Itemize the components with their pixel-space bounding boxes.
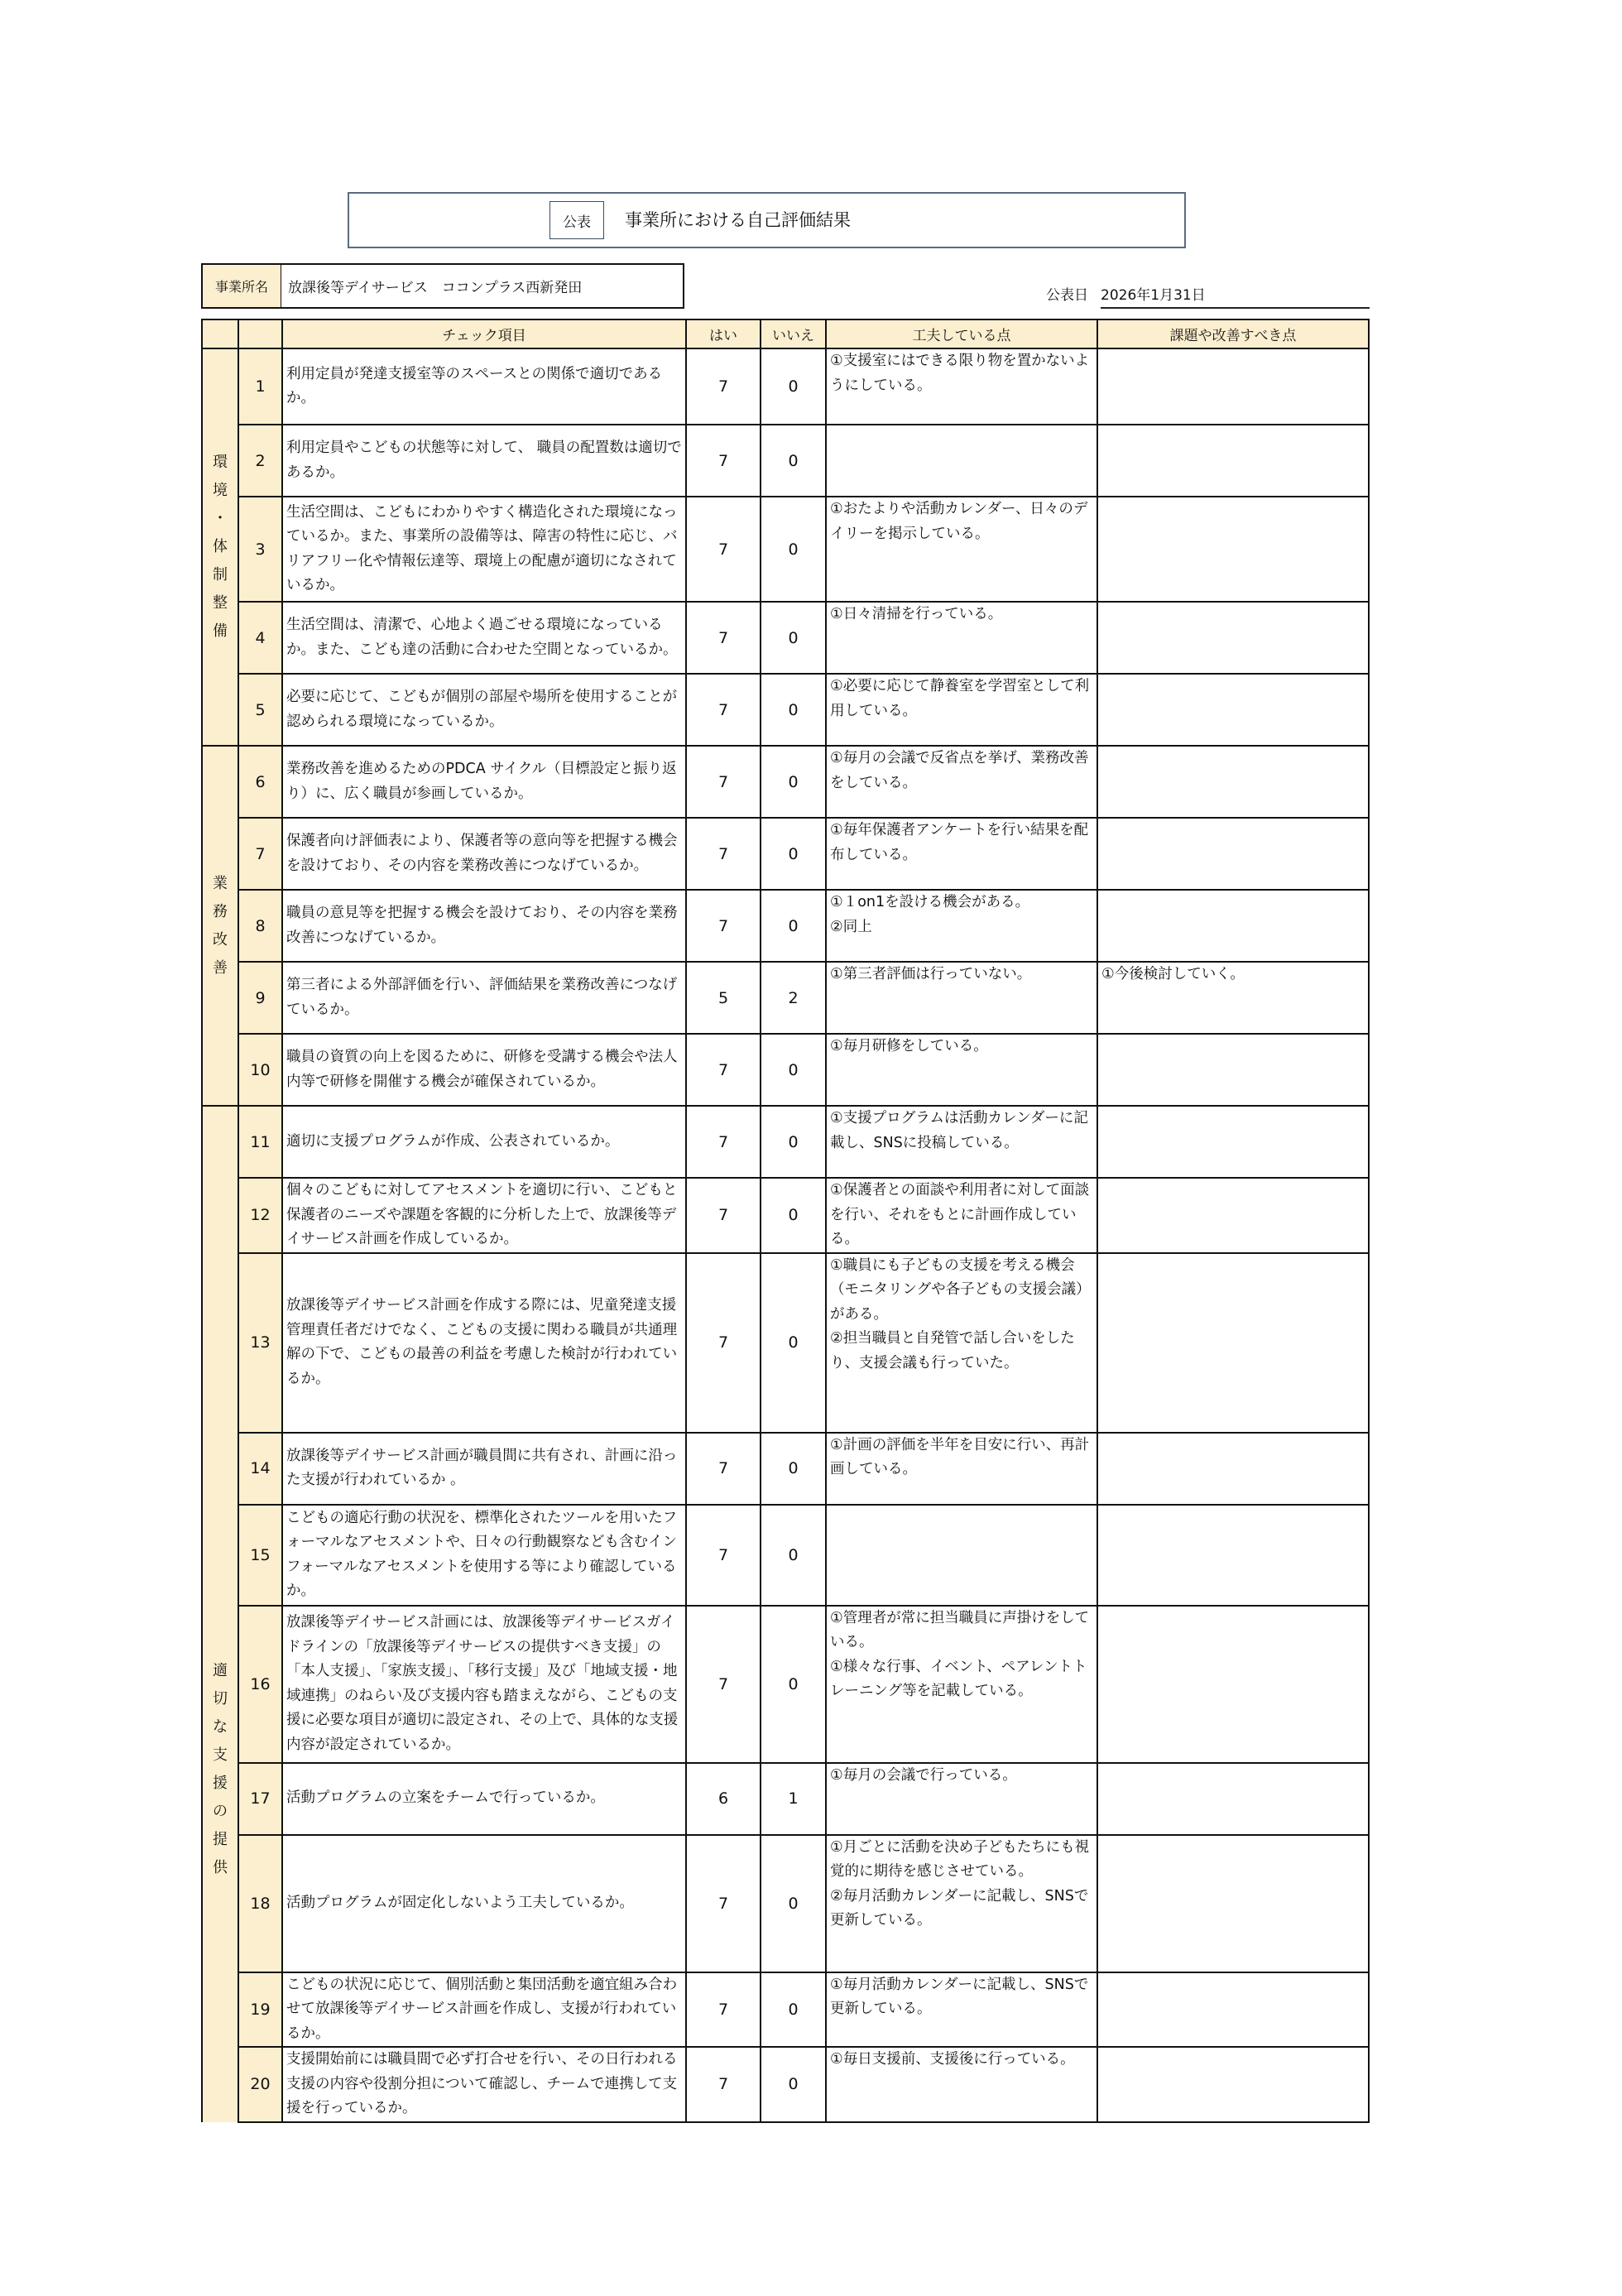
effort-note: ①毎月活動カレンダーに記載し、SNSで更新している。 [826,1972,1097,2048]
effort-note: ①毎日支援前、支援後に行っている。 [826,2047,1097,2122]
no-count: 0 [761,746,826,818]
check-item: 活動プログラムが固定化しないよう工夫しているか。 [282,1835,686,1972]
yes-count: 5 [686,962,761,1034]
row-number: 11 [238,1106,282,1178]
table-row: 環境・体制整備1利用定員が発達支援室等のスペースとの関係で適切であるか。70①支… [202,348,1369,425]
no-count: 0 [761,425,826,497]
check-item: 放課後等デイサービス計画を作成する際には、児童発達支援管理責任者だけでなく、こど… [282,1253,686,1433]
effort-note: ①保護者との面談や利用者に対して面談を行い、それをもとに計画作成している。 [826,1178,1097,1253]
check-item: 放課後等デイサービス計画には、放課後等デイサービスガイドラインの「放課後等デイサ… [282,1606,686,1763]
table-row: 20支援開始前には職員間で必ず打合せを行い、その日行われる支援の内容や役割分担に… [202,2047,1369,2122]
row-number: 9 [238,962,282,1034]
issue-note [1097,1106,1369,1178]
yes-count: 7 [686,1253,761,1433]
no-count: 0 [761,890,826,962]
issue-note [1097,1253,1369,1433]
col-header-yes: はい [686,319,761,348]
yes-count: 7 [686,674,761,746]
no-count: 0 [761,1505,826,1606]
no-count: 0 [761,1034,826,1106]
category-char: 整 [203,589,238,617]
effort-note: ①必要に応じて静養室を学習室として利用している。 [826,674,1097,746]
table-row: 8職員の意見等を把握する機会を設けており、その内容を業務改善につなげているか。7… [202,890,1369,962]
issue-note [1097,1972,1369,2048]
publish-date-underline [1101,307,1370,309]
row-number: 6 [238,746,282,818]
row-number: 17 [238,1763,282,1835]
col-header-issues: 課題や改善すべき点 [1097,319,1369,348]
col-header-efforts: 工夫している点 [826,319,1097,348]
effort-note: ①支援室にはできる限り物を置かないようにしている。 [826,348,1097,425]
no-count: 0 [761,1972,826,2048]
check-item: 利用定員が発達支援室等のスペースとの関係で適切であるか。 [282,348,686,425]
issue-note [1097,1034,1369,1106]
table-row: 業務改善6業務改善を進めるためのPDCA サイクル（目標設定と振り返り）に、広く… [202,746,1369,818]
yes-count: 7 [686,1835,761,1972]
table-row: 適切な支援の提供11適切に支援プログラムが作成、公表されているか。70①支援プロ… [202,1106,1369,1178]
col-header-check-item: チェック項目 [282,319,686,348]
category-cell: 業務改善 [202,746,238,1106]
col-header-no: いいえ [761,319,826,348]
table-row: 17活動プログラムの立案をチームで行っているか。61①毎月の会議で行っている。 [202,1763,1369,1835]
table-row: 5必要に応じて、こどもが個別の部屋や場所を使用することが認められる環境になってい… [202,674,1369,746]
no-count: 0 [761,1106,826,1178]
check-item: 生活空間は、こどもにわかりやすく構造化された環境になっているか。また、事業所の設… [282,497,686,602]
check-item: 職員の資質の向上を図るために、研修を受講する機会や法人内等で研修を開催する機会が… [282,1034,686,1106]
check-item: 支援開始前には職員間で必ず打合せを行い、その日行われる支援の内容や役割分担につい… [282,2047,686,2122]
table-row: 2利用定員やこどもの状態等に対して、 職員の配置数は適切であるか。70 [202,425,1369,497]
category-char: 援 [203,1770,238,1798]
effort-note [826,1505,1097,1606]
effort-note: ①１on1を設ける機会がある。 ②同上 [826,890,1097,962]
evaluation-table: チェック項目 はい いいえ 工夫している点 課題や改善すべき点 環境・体制整備1… [201,319,1370,2123]
category-char: 備 [203,617,238,646]
no-count: 0 [761,2047,826,2122]
row-number: 19 [238,1972,282,2048]
no-count: 1 [761,1763,826,1835]
no-count: 2 [761,962,826,1034]
issue-note [1097,746,1369,818]
table-header-row: チェック項目 はい いいえ 工夫している点 課題や改善すべき点 [202,319,1369,348]
row-number: 3 [238,497,282,602]
row-number: 10 [238,1034,282,1106]
category-char: 支 [203,1741,238,1770]
yes-count: 7 [686,1178,761,1253]
no-count: 0 [761,1835,826,1972]
effort-note: ①毎月研修をしている。 [826,1034,1097,1106]
check-item: 第三者による外部評価を行い、評価結果を業務改善につなげているか。 [282,962,686,1034]
no-count: 0 [761,818,826,890]
yes-count: 7 [686,1972,761,2048]
effort-note: ①第三者評価は行っていない。 [826,962,1097,1034]
table-row: 19こどもの状況に応じて、個別活動と集団活動を適宜組み合わせて放課後等デイサービ… [202,1972,1369,2048]
category-char: 改 [203,926,238,954]
col-header-number [238,319,282,348]
table-row: 7保護者向け評価表により、保護者等の意向等を把握する機会を設けており、その内容を… [202,818,1369,890]
category-char: の [203,1798,238,1826]
issue-note [1097,602,1369,674]
table-row: 10職員の資質の向上を図るために、研修を受講する機会や法人内等で研修を開催する機… [202,1034,1369,1106]
yes-count: 7 [686,497,761,602]
no-count: 0 [761,1178,826,1253]
effort-note: ①毎年保護者アンケートを行い結果を配布している。 [826,818,1097,890]
yes-count: 7 [686,1606,761,1763]
check-item: 業務改善を進めるためのPDCA サイクル（目標設定と振り返り）に、広く職員が参画… [282,746,686,818]
issue-note [1097,1763,1369,1835]
table-row: 15こどもの適応行動の状況を、標準化されたツールを用いたフォーマルなアセスメント… [202,1505,1369,1606]
table-row: 13放課後等デイサービス計画を作成する際には、児童発達支援管理責任者だけでなく、… [202,1253,1369,1433]
row-number: 16 [238,1606,282,1763]
yes-count: 7 [686,818,761,890]
category-cell: 適切な支援の提供 [202,1106,238,2122]
publish-date-value: 2026年1月31日 [1101,283,1206,304]
col-header-category [202,319,238,348]
issue-note [1097,497,1369,602]
no-count: 0 [761,602,826,674]
issue-note [1097,674,1369,746]
category-char: 制 [203,561,238,589]
no-count: 0 [761,1433,826,1505]
check-item: 職員の意見等を把握する機会を設けており、その内容を業務改善につなげているか。 [282,890,686,962]
yes-count: 7 [686,1106,761,1178]
issue-note [1097,348,1369,425]
table-row: 3生活空間は、こどもにわかりやすく構造化された環境になっているか。また、事業所の… [202,497,1369,602]
public-badge: 公表 [549,201,604,239]
category-char: 適 [203,1657,238,1685]
check-item: こどもの適応行動の状況を、標準化されたツールを用いたフォーマルなアセスメントや、… [282,1505,686,1606]
yes-count: 7 [686,890,761,962]
check-item: 必要に応じて、こどもが個別の部屋や場所を使用することが認められる環境になっている… [282,674,686,746]
table-row: 4生活空間は、清潔で、心地よく過ごせる環境になっているか。また、こども達の活動に… [202,602,1369,674]
effort-note: ①日々清掃を行っている。 [826,602,1097,674]
check-item: 利用定員やこどもの状態等に対して、 職員の配置数は適切であるか。 [282,425,686,497]
effort-note [826,425,1097,497]
yes-count: 7 [686,1505,761,1606]
yes-count: 7 [686,425,761,497]
category-char: 体 [203,533,238,561]
row-number: 18 [238,1835,282,1972]
category-char: 善 [203,954,238,982]
issue-note [1097,1606,1369,1763]
effort-note: ①月ごとに活動を決め子どもたちにも視覚的に期待を感じさせている。 ②毎月活動カレ… [826,1835,1097,1972]
category-char: 境 [203,477,238,505]
check-item: 保護者向け評価表により、保護者等の意向等を把握する機会を設けており、その内容を業… [282,818,686,890]
table-row: 18活動プログラムが固定化しないよう工夫しているか。70①月ごとに活動を決め子ど… [202,1835,1369,1972]
yes-count: 7 [686,348,761,425]
table-row: 12個々のこどもに対してアセスメントを適切に行い、こどもと保護者のニーズや課題を… [202,1178,1369,1253]
row-number: 2 [238,425,282,497]
effort-note: ①管理者が常に担当職員に声掛けをしている。 ①様々な行事、イベント、ペアレントト… [826,1606,1097,1763]
effort-note: ①職員にも子どもの支援を考える機会（モニタリングや各子どもの支援会議）がある。 … [826,1253,1097,1433]
issue-note [1097,890,1369,962]
table-row: 16放課後等デイサービス計画には、放課後等デイサービスガイドラインの「放課後等デ… [202,1606,1369,1763]
no-count: 0 [761,497,826,602]
issue-note [1097,1835,1369,1972]
office-name-value: 放課後等デイサービス ココンプラス西新発田 [281,265,683,307]
category-char: 供 [203,1854,238,1882]
table-row: 14放課後等デイサービス計画が職員間に共有され、計画に沿った支援が行われているか… [202,1433,1369,1505]
office-name-label: 事業所名 [203,265,281,307]
publish-date-label: 公表日 [1046,283,1088,304]
office-name-box: 事業所名 放課後等デイサービス ココンプラス西新発田 [201,263,684,309]
effort-note: ①毎月の会議で行っている。 [826,1763,1097,1835]
yes-count: 7 [686,746,761,818]
row-number: 5 [238,674,282,746]
category-char: な [203,1713,238,1741]
yes-count: 7 [686,1433,761,1505]
issue-note [1097,1178,1369,1253]
row-number: 8 [238,890,282,962]
issue-note [1097,425,1369,497]
check-item: こどもの状況に応じて、個別活動と集団活動を適宜組み合わせて放課後等デイサービス計… [282,1972,686,2048]
no-count: 0 [761,348,826,425]
category-char: 提 [203,1826,238,1854]
category-char: 務 [203,898,238,926]
row-number: 14 [238,1433,282,1505]
row-number: 7 [238,818,282,890]
row-number: 20 [238,2047,282,2122]
row-number: 4 [238,602,282,674]
yes-count: 7 [686,1034,761,1106]
check-item: 適切に支援プログラムが作成、公表されているか。 [282,1106,686,1178]
yes-count: 6 [686,1763,761,1835]
table-row: 9第三者による外部評価を行い、評価結果を業務改善につなげているか。52①第三者評… [202,962,1369,1034]
check-item: 活動プログラムの立案をチームで行っているか。 [282,1763,686,1835]
yes-count: 7 [686,602,761,674]
yes-count: 7 [686,2047,761,2122]
issue-note [1097,1433,1369,1505]
category-char: ・ [203,505,238,533]
category-char: 切 [203,1685,238,1713]
check-item: 個々のこどもに対してアセスメントを適切に行い、こどもと保護者のニーズや課題を客観… [282,1178,686,1253]
effort-note: ①支援プログラムは活動カレンダーに記載し、SNSに投稿している。 [826,1106,1097,1178]
effort-note: ①毎月の会議で反省点を挙げ、業務改善をしている。 [826,746,1097,818]
no-count: 0 [761,1606,826,1763]
category-char: 業 [203,870,238,898]
issue-note [1097,1505,1369,1606]
effort-note: ①計画の評価を半年を目安に行い、再計画している。 [826,1433,1097,1505]
category-char: 環 [203,449,238,477]
effort-note: ①おたよりや活動カレンダー、日々のデイリーを掲示している。 [826,497,1097,602]
category-cell: 環境・体制整備 [202,348,238,746]
issue-note: ①今後検討していく。 [1097,962,1369,1034]
row-number: 15 [238,1505,282,1606]
no-count: 0 [761,1253,826,1433]
check-item: 生活空間は、清潔で、心地よく過ごせる環境になっているか。また、こども達の活動に合… [282,602,686,674]
row-number: 1 [238,348,282,425]
issue-note [1097,2047,1369,2122]
check-item: 放課後等デイサービス計画が職員間に共有され、計画に沿った支援が行われているか 。 [282,1433,686,1505]
page-title: 事業所における自己評価結果 [625,207,851,233]
row-number: 12 [238,1178,282,1253]
no-count: 0 [761,674,826,746]
issue-note [1097,818,1369,890]
row-number: 13 [238,1253,282,1433]
